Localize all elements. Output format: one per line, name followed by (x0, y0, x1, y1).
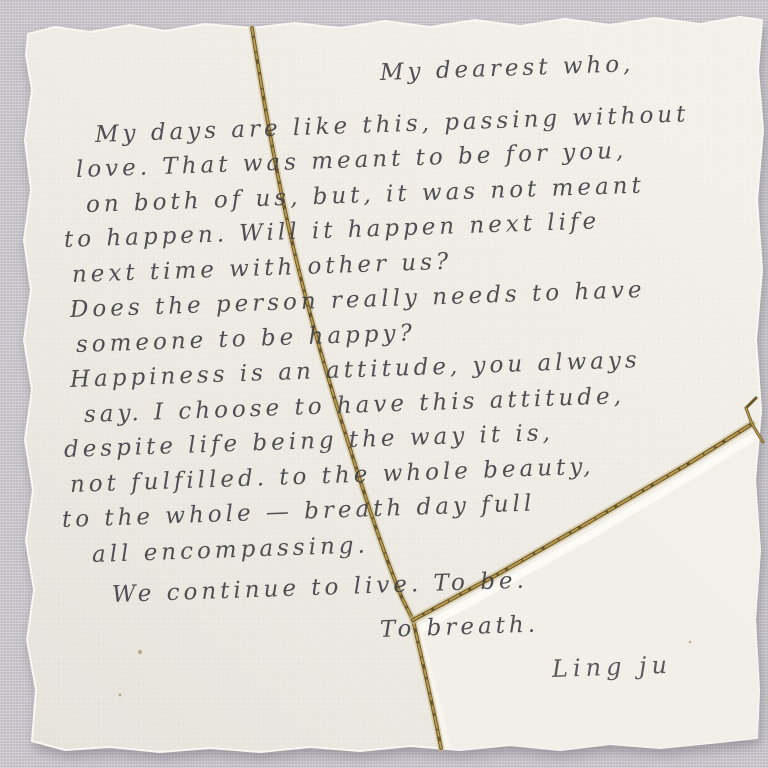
kintsugi-paper-scene (0, 0, 768, 768)
